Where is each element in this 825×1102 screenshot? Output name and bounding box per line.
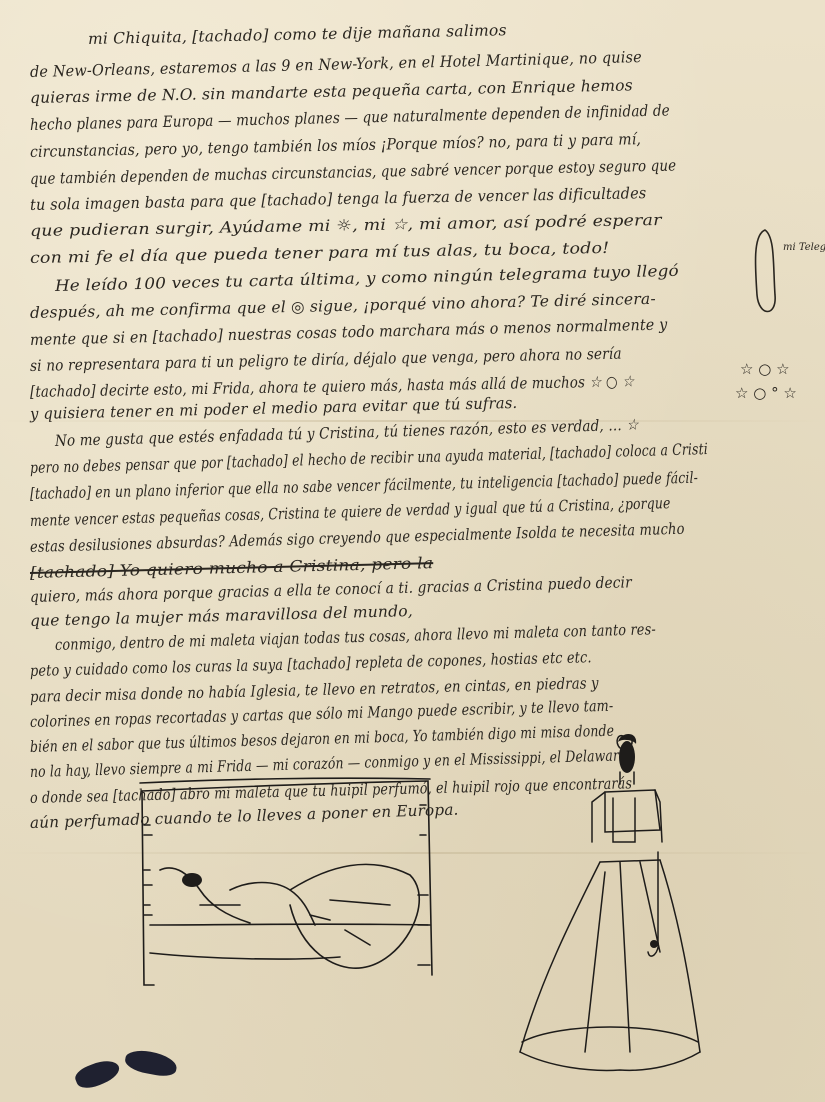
stars-doodle-icon: ☆ ○ ° ☆	[735, 384, 797, 402]
margin-loop-mark	[745, 225, 785, 325]
woman-long-dress-drawing	[510, 722, 710, 1087]
margin-note: mi Telegrama	[783, 242, 825, 253]
bed-sleeping-figure-drawing	[130, 775, 450, 995]
stars-doodle-icon: ☆ ○ ☆	[740, 360, 790, 378]
